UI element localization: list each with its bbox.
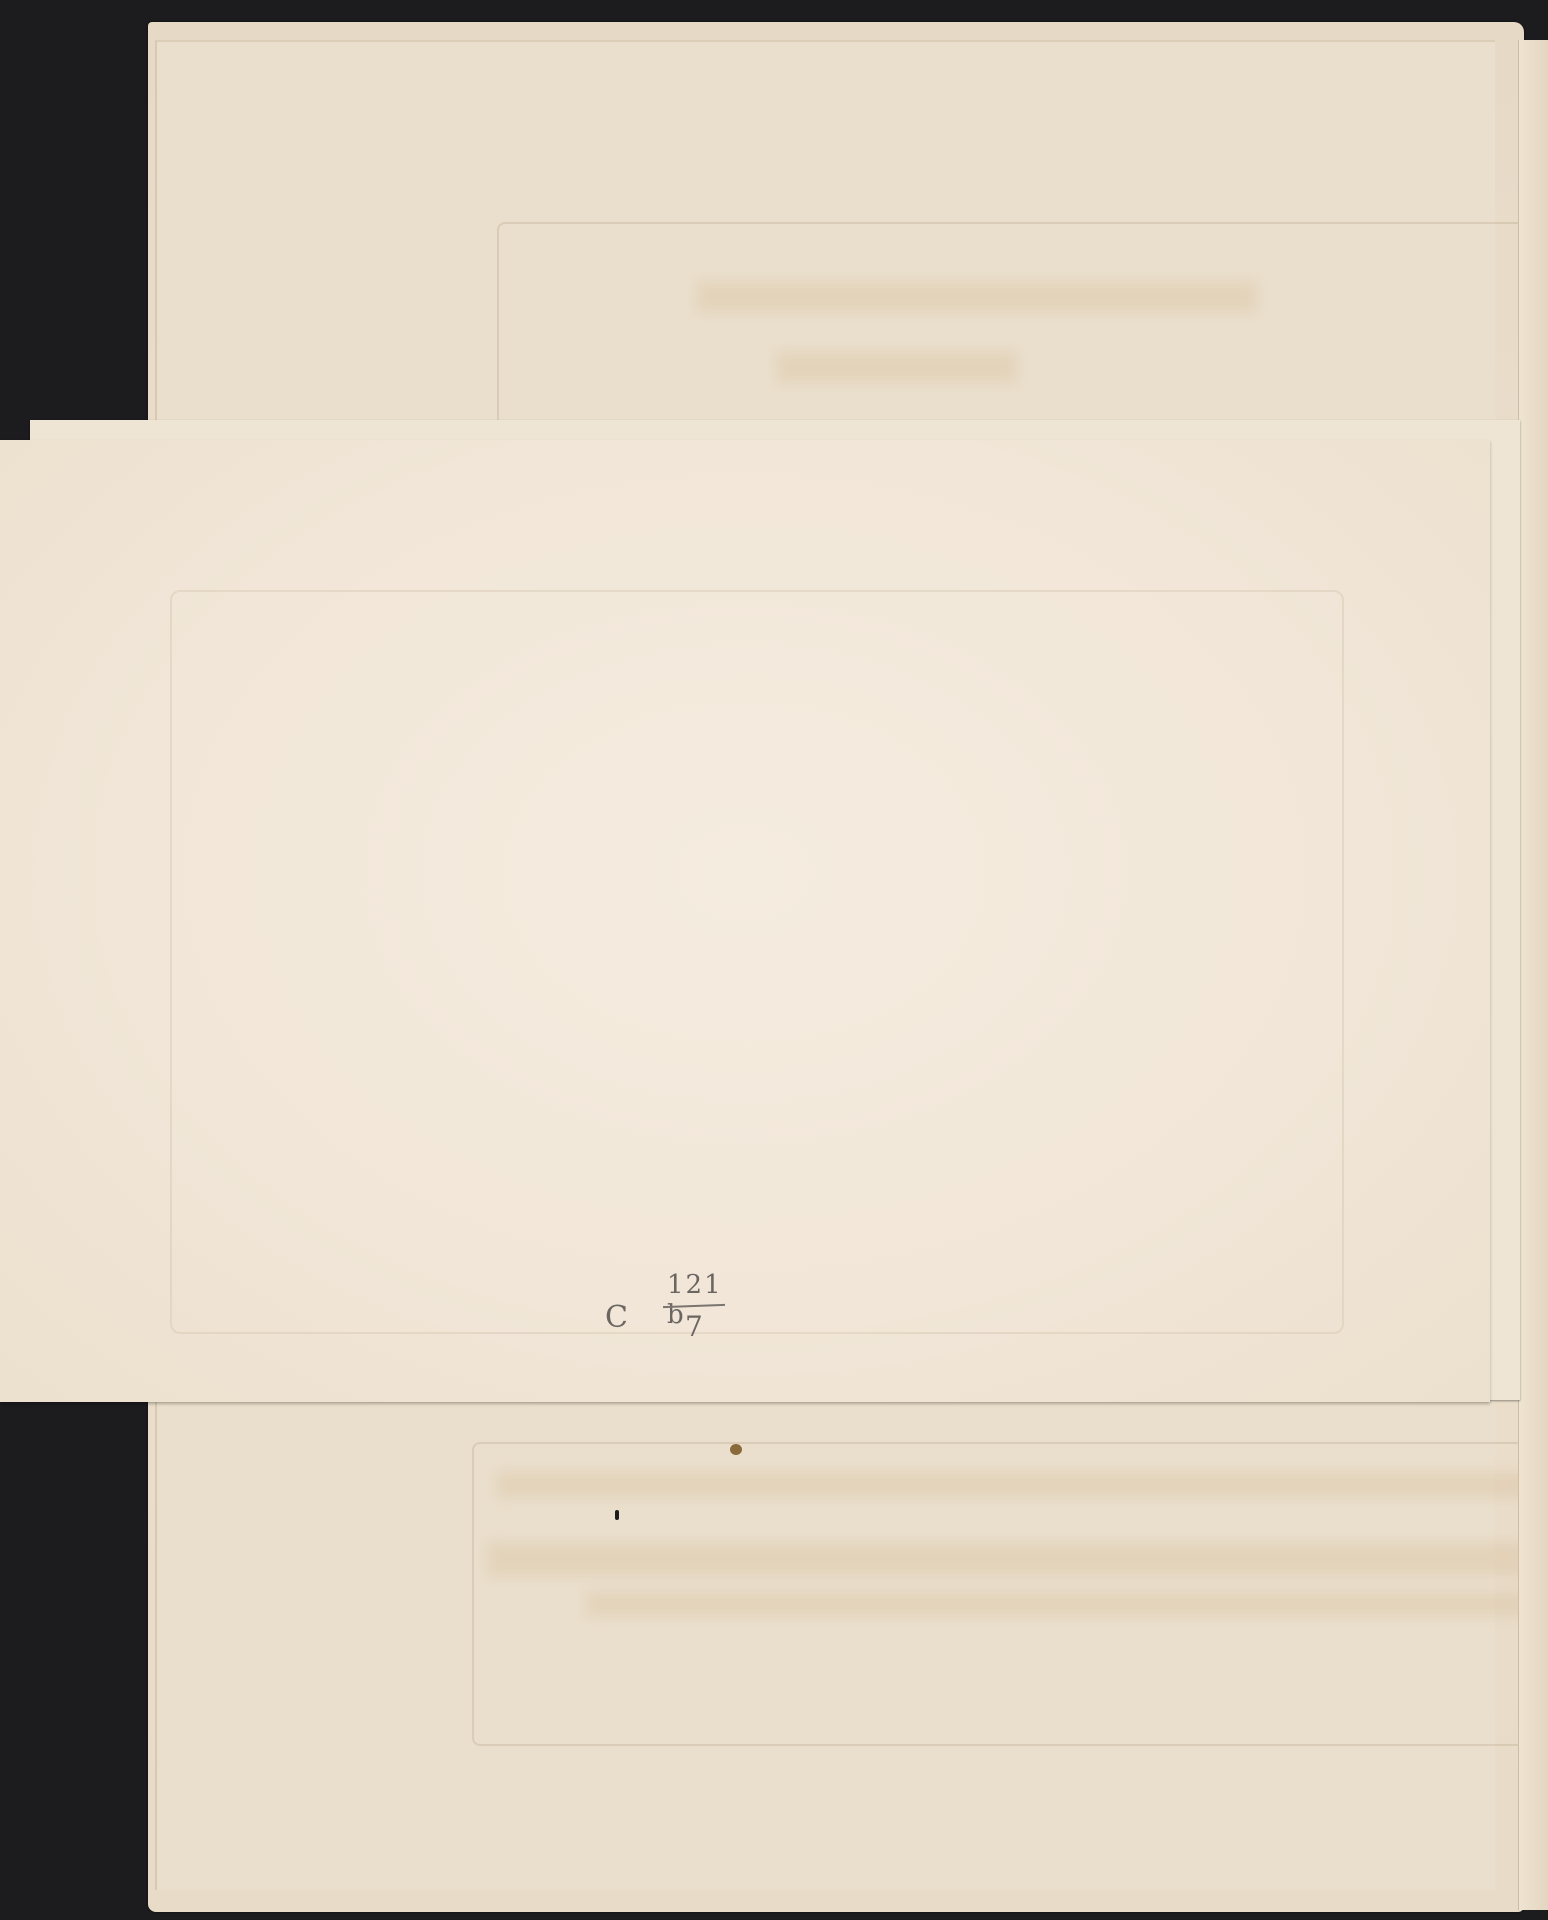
shelfmark-letter: C	[605, 1300, 628, 1335]
pencil-shelfmark: C 121 b 7	[605, 1270, 745, 1360]
shelfmark-denominator: 7	[685, 1310, 703, 1343]
ink-speck	[615, 1510, 619, 1520]
bleed-through-text	[587, 1592, 1547, 1616]
bleed-through-text	[777, 352, 1017, 382]
bleed-through-text	[487, 1542, 1548, 1576]
foxing-spot	[730, 1444, 742, 1455]
shelfmark-numerator: 121 b	[667, 1270, 745, 1330]
right-edge-sheet	[1518, 40, 1548, 1910]
bleed-through-text	[497, 1472, 1548, 1498]
bleed-through-text	[697, 282, 1257, 312]
front-paper-sheet	[0, 440, 1490, 1402]
front-plate-impression	[170, 590, 1344, 1334]
